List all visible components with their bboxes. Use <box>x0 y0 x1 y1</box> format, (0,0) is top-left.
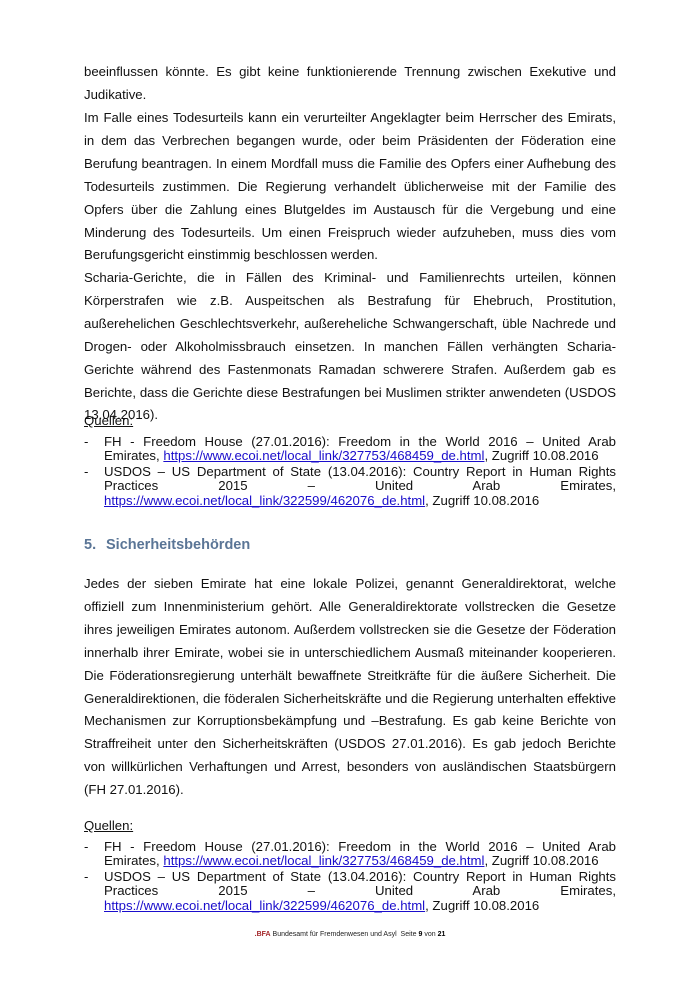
list-dash: - <box>84 435 88 449</box>
section-title: Sicherheitsbehörden <box>106 537 250 553</box>
section-heading: 5.Sicherheitsbehörden <box>84 537 250 553</box>
footer-org-name: Bundesamt für Fremdenwesen und Asyl <box>273 931 397 938</box>
sources-list: - FH - Freedom House (27.01.2016): Freed… <box>84 435 616 509</box>
source-citation: USDOS – US Department of State (13.04.20… <box>104 464 616 493</box>
page-separator: von <box>424 931 435 938</box>
source-access-date: , Zugriff 10.08.2016 <box>425 898 539 913</box>
paragraph-scharia-gerichte: Scharia-Gerichte, die in Fällen des Krim… <box>84 267 616 427</box>
paragraph-todesurteil: Im Falle eines Todesurteils kann ein ver… <box>84 107 616 267</box>
bfa-logo: .BFA <box>255 931 271 938</box>
paragraph-gewaltenteilung: beeinflussen könnte. Es gibt keine funkt… <box>84 61 616 107</box>
source-access-date: , Zugriff 10.08.2016 <box>425 493 539 508</box>
source-item: - USDOS – US Department of State (13.04.… <box>84 870 616 913</box>
source-link[interactable]: https://www.ecoi.net/local_link/327753/4… <box>163 853 484 868</box>
list-dash: - <box>84 870 88 884</box>
page-label: Seite <box>401 931 417 938</box>
source-item: - FH - Freedom House (27.01.2016): Freed… <box>84 840 616 869</box>
source-link[interactable]: https://www.ecoi.net/local_link/322599/4… <box>104 493 425 508</box>
page-footer: .BFA Bundesamt für Fremdenwesen und Asyl… <box>0 931 700 938</box>
section-number: 5. <box>84 537 106 553</box>
list-dash: - <box>84 840 88 854</box>
sources-label: Quellen: <box>84 413 133 428</box>
sources-label: Quellen: <box>84 818 133 833</box>
source-access-date: , Zugriff 10.08.2016 <box>484 448 598 463</box>
source-item: - USDOS – US Department of State (13.04.… <box>84 465 616 508</box>
source-citation: USDOS – US Department of State (13.04.20… <box>104 869 616 898</box>
source-link[interactable]: https://www.ecoi.net/local_link/322599/4… <box>104 898 425 913</box>
source-access-date: , Zugriff 10.08.2016 <box>484 853 598 868</box>
list-dash: - <box>84 465 88 479</box>
sources-list: - FH - Freedom House (27.01.2016): Freed… <box>84 840 616 914</box>
source-link[interactable]: https://www.ecoi.net/local_link/327753/4… <box>163 448 484 463</box>
page-total: 21 <box>438 931 446 938</box>
source-item: - FH - Freedom House (27.01.2016): Freed… <box>84 435 616 464</box>
page-current: 9 <box>418 931 422 938</box>
paragraph-sicherheitsbehoerden: Jedes der sieben Emirate hat eine lokale… <box>84 573 616 802</box>
